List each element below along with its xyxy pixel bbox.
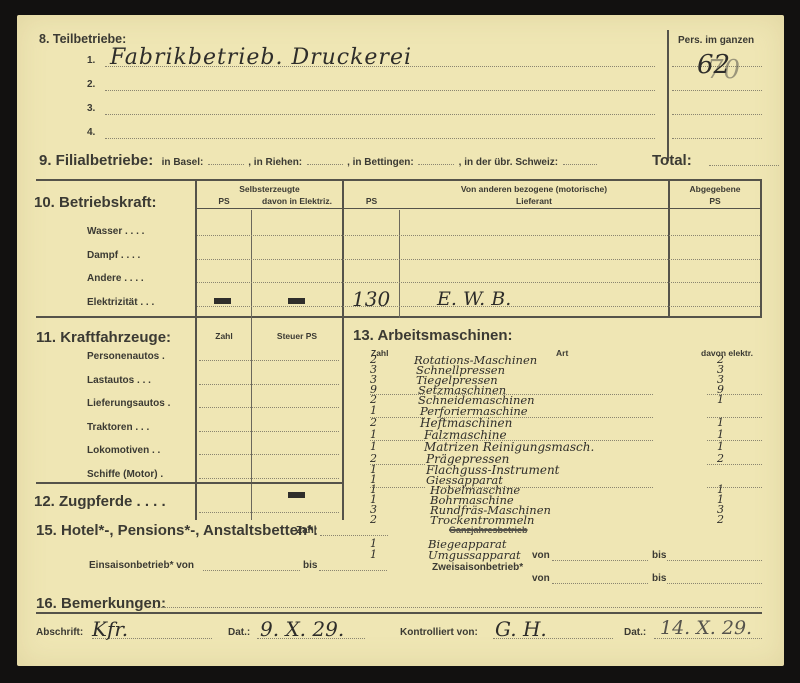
m-line-e1 [370,487,425,488]
vehicle-line-2[interactable] [199,384,339,385]
machine-elektr: 2 [717,513,724,526]
section9-row: 9. Filialbetriebe: in Basel: , in Riehen… [39,152,597,170]
header-rule [197,208,760,209]
abschrift-value: Kfr. [92,617,128,641]
m-line-d3 [707,464,762,465]
row-dampf-label: Dampf . . . . [87,250,140,261]
m-line-c1 [370,440,425,441]
riehen-label: , in Riehen: [248,157,302,168]
zweisaison-bis2-field[interactable] [667,583,762,584]
col-divider-6 [760,179,762,318]
beds-zahl-field[interactable] [320,535,388,536]
zweisaison-von1-label: von [532,550,550,561]
teilbetrieb-num-3: 3. [87,103,95,114]
basel-label: in Basel: [162,157,204,168]
col-divider-11 [251,318,252,520]
beds-zahl-label: Zahl [296,525,317,536]
divider-persons [667,30,669,161]
zweisaison-von2-field[interactable] [552,583,648,584]
teilbetrieb-num-2: 2. [87,79,95,90]
m-line-e3 [707,487,762,488]
header-self: Selbsterzeugte [197,184,342,194]
machine-art: Umgussapparat [428,548,521,562]
persons-label: Pers. im ganzen [678,35,754,46]
elektr-other-ps: 130 [352,287,390,311]
row-wasser-label: Wasser . . . . [87,226,144,237]
zweisaison-von1-field[interactable] [552,560,648,561]
header-abgegebene: Abgegebene [670,184,760,194]
vehicle-lokomotiven: Lokomotiven . . [87,445,160,456]
elektr-self-ps-dash [214,298,231,304]
ganzjahres-label: Ganzjahresbetrieb [449,525,528,535]
col-divider-4 [399,210,400,318]
section8-title: 8. Teilbetriebe: [39,32,126,46]
footer-rule [36,612,762,614]
einsaison-bis-label: bis [303,560,317,571]
teilbetrieb-value-1: Fabrikbetrieb. Druckerei [110,45,412,70]
header-other: Von anderen bezogene (motorische) [400,184,668,194]
basel-field[interactable] [208,164,244,165]
section10-title: 10. Betriebskraft: [34,194,157,211]
zweisaison-bis2-label: bis [652,573,666,584]
einsaison-bis-field[interactable] [319,570,387,571]
m-line-a1 [370,394,425,395]
persons-line-4 [672,138,762,139]
zugpferde-line[interactable] [199,512,339,513]
section9-title: 9. Filialbetriebe: [39,152,153,169]
section12-title: 12. Zugpferde . . . . [34,493,166,510]
header-m-art: Art [556,348,568,358]
bettingen-label: , in Bettingen: [347,157,414,168]
col-divider-2 [251,210,252,318]
section12-top-rule [36,482,344,484]
header-steuer: Steuer PS [252,331,342,341]
schweiz-label: , in der übr. Schweiz: [459,157,558,168]
dat1-value: 9. X. 29. [260,617,344,641]
kontrolliert-value: G. H. [495,617,547,641]
zweisaison-bis1-field[interactable] [667,560,762,561]
row-andere-line[interactable] [197,282,760,283]
kontrolliert-label: Kontrolliert von: [400,627,478,638]
bettingen-field[interactable] [418,164,454,165]
teilbetrieb-num-4: 4. [87,127,95,138]
teilbetrieb-line-2[interactable] [105,90,655,91]
teilbetrieb-line-4[interactable] [105,138,655,139]
m-line-b1 [370,417,425,418]
header-self-ps: PS [197,196,251,206]
vehicle-traktoren: Traktoren . . . [87,422,149,433]
section15-title: 15. Hotel*-, Pensions*-, Anstaltsbetten*… [36,522,318,539]
section16-title: 16. Bemerkungen: [36,595,166,612]
m-line-d1 [370,464,425,465]
m-line-c3 [707,440,762,441]
dat2-value: 14. X. 29. [660,617,752,639]
zweisaison-von2-label: von [532,573,550,584]
persons-line-3 [672,114,762,115]
vehicle-personenautos: Personenautos . [87,351,165,362]
machine-elektr: 1 [717,393,724,406]
col-divider-1 [195,179,197,520]
row-dampf-line[interactable] [197,259,760,260]
header-m-elektr: davon elektr. [701,348,753,358]
bemerkungen-field[interactable] [152,607,762,608]
teilbetrieb-line-3[interactable] [105,114,655,115]
section10-top-rule [36,179,761,181]
m-line-b3 [707,417,762,418]
header-davon: davon in Elektriz. [252,196,342,206]
dat2-label: Dat.: [624,627,646,638]
header-abgegebene-ps: PS [670,196,760,206]
section11-title: 11. Kraftfahrzeuge: [36,329,171,346]
machine-zahl: 1 [370,548,377,561]
dat1-label: Dat.: [228,627,250,638]
zugpferde-steuer-dash [288,492,305,498]
vehicle-schiffe: Schiffe (Motor) . [87,469,163,480]
einsaison-von-field[interactable] [203,570,300,571]
elektr-lieferant: E. W. B. [437,288,511,310]
vehicle-line-5[interactable] [199,454,339,455]
form-card: 8. Teilbetriebe: 1. 2. 3. 4. Fabrikbetri… [17,15,784,666]
vehicle-lieferungsautos: Lieferungsautos . [87,398,170,409]
section13-title: 13. Arbeitsmaschinen: [353,327,513,344]
total-label: Total: [652,152,692,169]
total-field[interactable] [709,165,779,166]
abschrift-label: Abschrift: [36,627,83,638]
col-divider-3 [342,179,344,520]
riehen-field[interactable] [307,164,343,165]
m-line-a3 [707,394,762,395]
vehicle-line-4[interactable] [199,431,339,432]
row-wasser-line[interactable] [197,235,760,236]
einsaison-label: Einsaisonbetrieb* von [89,560,194,571]
elektr-davon-dash [288,298,305,304]
vehicle-line-6[interactable] [199,478,339,479]
vehicle-lastautos: Lastautos . . . [87,375,151,386]
zweisaison-bis1-label: bis [652,550,666,561]
vehicle-line-3[interactable] [199,407,339,408]
schweiz-field[interactable] [563,164,597,165]
row-elektrizitaet-label: Elektrizität . . . [87,297,154,308]
header-other-ps: PS [344,196,399,206]
vehicle-line-1[interactable] [199,360,339,361]
header-zahl: Zahl [197,331,251,341]
header-lieferant: Lieferant [400,196,668,206]
row-andere-label: Andere . . . . [87,273,144,284]
machine-elektr: 2 [717,452,724,465]
persons-value: 62 [697,50,730,80]
machine-zahl: 2 [370,513,377,526]
persons-line-2 [672,90,762,91]
teilbetrieb-num-1: 1. [87,55,95,66]
zweisaison-label: Zweisaisonbetrieb* [432,562,523,573]
